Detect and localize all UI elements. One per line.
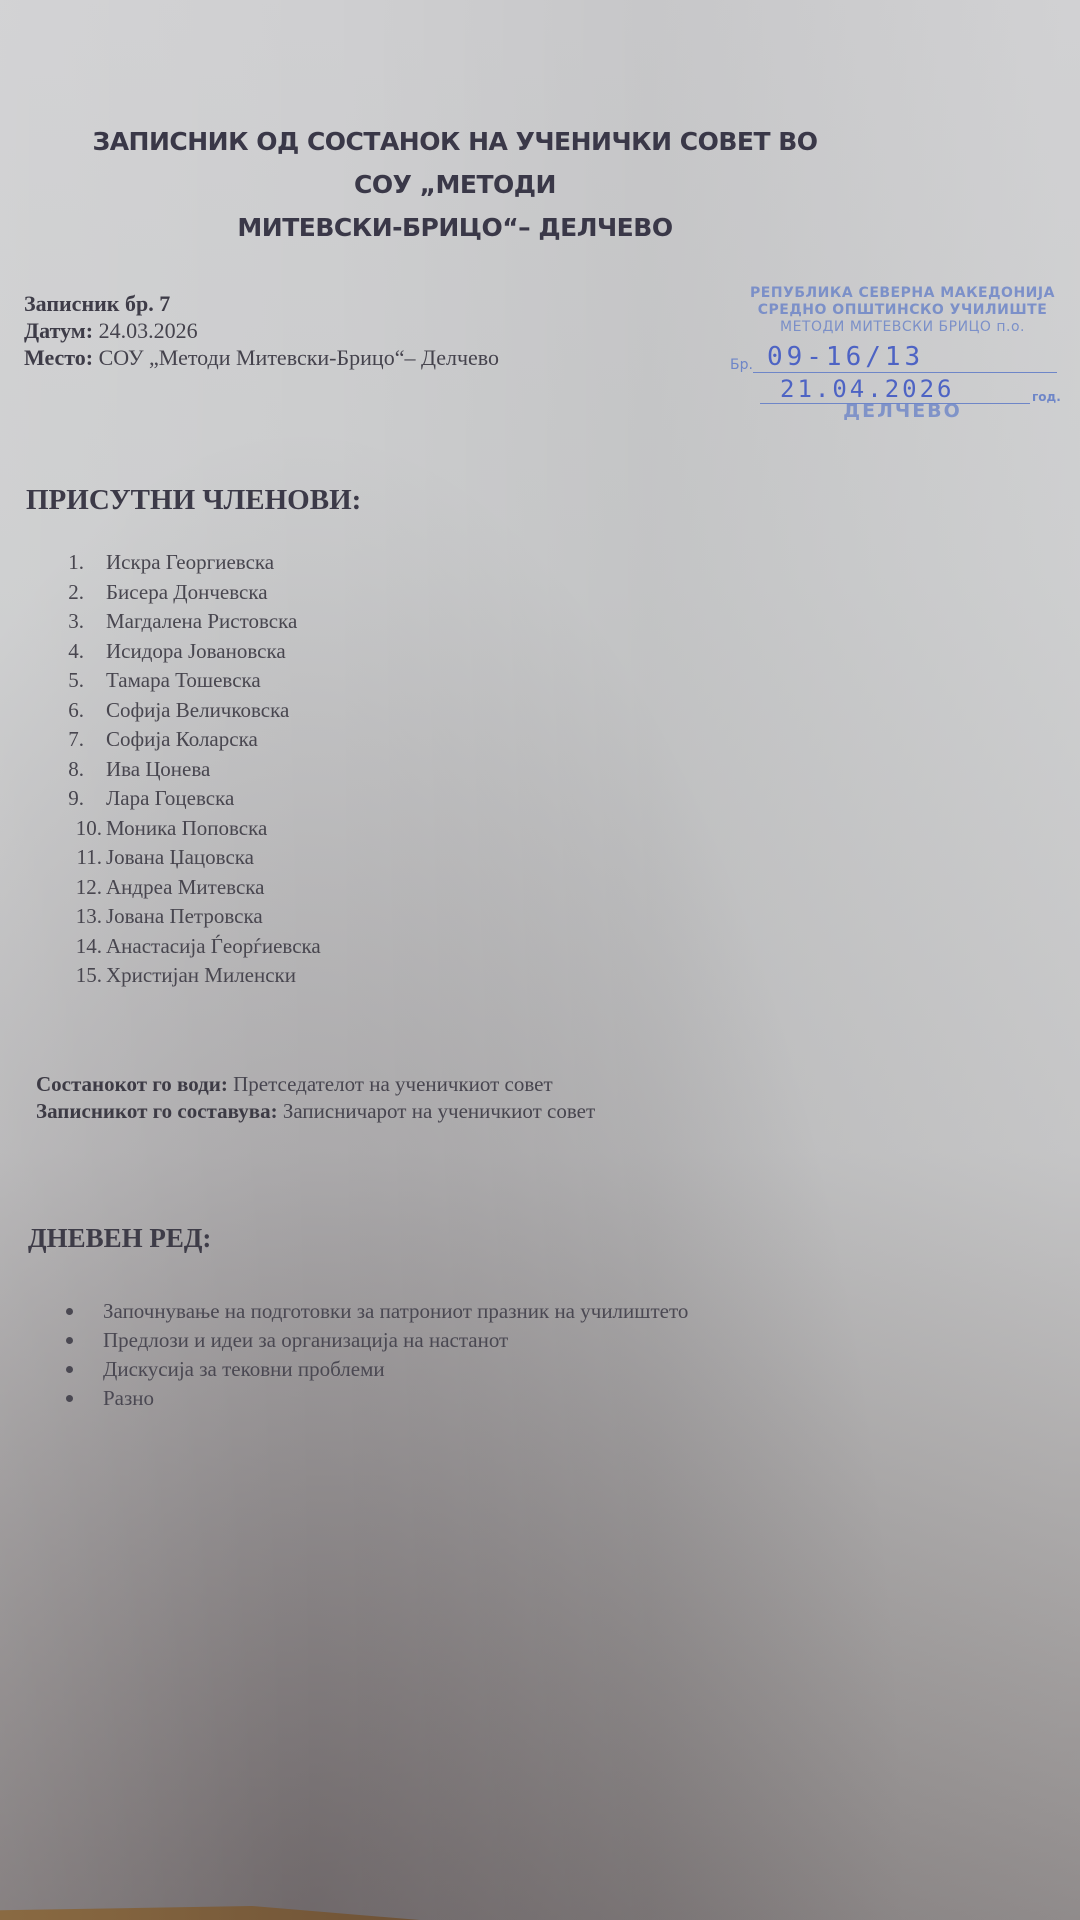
agenda-item-text: Предлози и идеи за организација на наста… bbox=[103, 1326, 508, 1355]
member-item: 13.Јована Петровска bbox=[40, 902, 321, 932]
title-line-1: ЗАПИСНИК ОД СОСТАНОК НА УЧЕНИЧКИ СОВЕТ В… bbox=[60, 120, 850, 206]
record-number: Записник бр. 7 bbox=[24, 291, 170, 316]
member-number: 10. bbox=[40, 814, 106, 844]
member-name: Исидора Јовановска bbox=[106, 637, 286, 667]
place-label: Место: bbox=[24, 345, 93, 370]
member-name: Софија Величковска bbox=[106, 696, 289, 726]
bullet-icon bbox=[66, 1308, 73, 1315]
member-item: 15.Христијан Миленски bbox=[40, 961, 321, 991]
member-item: 6.Софија Величковска bbox=[40, 696, 321, 726]
stamp-line-1: РЕПУБЛИКА СЕВЕРНА МАКЕДОНИЈА bbox=[730, 285, 1075, 302]
member-item: 4.Исидора Јовановска bbox=[40, 637, 321, 667]
member-name: Магдалена Ристовска bbox=[106, 607, 297, 637]
stamp-line-2: СРЕДНО ОПШТИНСКО УЧИЛИШТЕ bbox=[730, 302, 1075, 319]
meeting-roles: Состанокот го води: Претседателот на уче… bbox=[36, 1071, 595, 1125]
member-item: 12.Андреа Митевска bbox=[40, 873, 321, 903]
table-edge bbox=[0, 1906, 420, 1920]
recorder-label: Записникот го составува: bbox=[36, 1099, 278, 1123]
agenda-item-text: Разно bbox=[103, 1384, 154, 1413]
member-number: 5. bbox=[40, 666, 106, 696]
member-number: 3. bbox=[40, 607, 106, 637]
agenda-item: Разно bbox=[66, 1384, 688, 1413]
member-name: Јована Џацовска bbox=[106, 843, 254, 873]
member-number: 14. bbox=[40, 932, 106, 962]
agenda-list: Започнување на подготовки за патрониот п… bbox=[66, 1297, 688, 1413]
bullet-icon bbox=[66, 1395, 73, 1402]
date-value: 24.03.2026 bbox=[99, 318, 198, 343]
member-name: Тамара Тошевска bbox=[106, 666, 261, 696]
stamp-line-3: МЕТОДИ МИТЕВСКИ БРИЦО п.о. bbox=[730, 319, 1075, 336]
member-name: Христијан Миленски bbox=[106, 961, 296, 991]
title-line-2: МИТЕВСКИ-БРИЦО“– ДЕЛЧЕВО bbox=[60, 206, 850, 249]
bullet-icon bbox=[66, 1366, 73, 1373]
members-list: 1.Искра Георгиевска2.Бисера Дончевска3.М… bbox=[40, 548, 321, 991]
member-name: Андреа Митевска bbox=[106, 873, 264, 903]
agenda-item: Предлози и идеи за организација на наста… bbox=[66, 1326, 688, 1355]
member-number: 15. bbox=[40, 961, 106, 991]
chair-value: Претседателот на ученичкиот совет bbox=[233, 1072, 553, 1096]
agenda-heading: ДНЕВЕН РЕД: bbox=[28, 1223, 211, 1254]
document-meta: Записник бр. 7 Датум: 24.03.2026 Место: … bbox=[24, 290, 499, 371]
member-number: 12. bbox=[40, 873, 106, 903]
members-heading: ПРИСУТНИ ЧЛЕНОВИ: bbox=[26, 484, 361, 517]
member-item: 1.Искра Георгиевска bbox=[40, 548, 321, 578]
member-name: Моника Поповска bbox=[106, 814, 267, 844]
member-name: Софија Коларска bbox=[106, 725, 258, 755]
member-item: 5.Тамара Тошевска bbox=[40, 666, 321, 696]
date-label: Датум: bbox=[24, 318, 93, 343]
member-item: 8.Ива Цонева bbox=[40, 755, 321, 785]
member-name: Бисера Дончевска bbox=[106, 578, 268, 608]
member-name: Искра Георгиевска bbox=[106, 548, 274, 578]
member-item: 11.Јована Џацовска bbox=[40, 843, 321, 873]
stamp-number-label: Бр. bbox=[730, 357, 753, 373]
stamp-city: ДЕЛЧЕВО bbox=[730, 400, 1075, 422]
member-number: 11. bbox=[40, 843, 106, 873]
stamp-number-value: 09-16/13 bbox=[753, 342, 1057, 373]
member-number: 4. bbox=[40, 637, 106, 667]
member-number: 9. bbox=[40, 784, 106, 814]
agenda-item-text: Дискусија за тековни проблеми bbox=[103, 1355, 385, 1384]
member-number: 7. bbox=[40, 725, 106, 755]
member-item: 7.Софија Коларска bbox=[40, 725, 321, 755]
member-item: 2.Бисера Дончевска bbox=[40, 578, 321, 608]
member-number: 6. bbox=[40, 696, 106, 726]
agenda-item-text: Започнување на подготовки за патрониот п… bbox=[103, 1297, 688, 1326]
member-item: 10.Моника Поповска bbox=[40, 814, 321, 844]
agenda-item: Дискусија за тековни проблеми bbox=[66, 1355, 688, 1384]
member-item: 14.Анастасија Ѓеорѓиевска bbox=[40, 932, 321, 962]
member-name: Ива Цонева bbox=[106, 755, 210, 785]
official-stamp: РЕПУБЛИКА СЕВЕРНА МАКЕДОНИЈА СРЕДНО ОПШТ… bbox=[730, 285, 1075, 435]
member-number: 2. bbox=[40, 578, 106, 608]
member-number: 1. bbox=[40, 548, 106, 578]
member-item: 9.Лара Гоцевска bbox=[40, 784, 321, 814]
place-value: СОУ „Методи Митевски-Брицо“– Делчево bbox=[99, 345, 499, 370]
member-name: Анастасија Ѓеорѓиевска bbox=[106, 932, 321, 962]
member-number: 13. bbox=[40, 902, 106, 932]
member-number: 8. bbox=[40, 755, 106, 785]
document-title: ЗАПИСНИК ОД СОСТАНОК НА УЧЕНИЧКИ СОВЕТ В… bbox=[60, 120, 850, 249]
member-name: Лара Гоцевска bbox=[106, 784, 234, 814]
agenda-item: Започнување на подготовки за патрониот п… bbox=[66, 1297, 688, 1326]
bullet-icon bbox=[66, 1337, 73, 1344]
member-name: Јована Петровска bbox=[106, 902, 263, 932]
member-item: 3.Магдалена Ристовска bbox=[40, 607, 321, 637]
recorder-value: Записничарот на ученичкиот совет bbox=[283, 1099, 595, 1123]
chair-label: Состанокот го води: bbox=[36, 1072, 228, 1096]
